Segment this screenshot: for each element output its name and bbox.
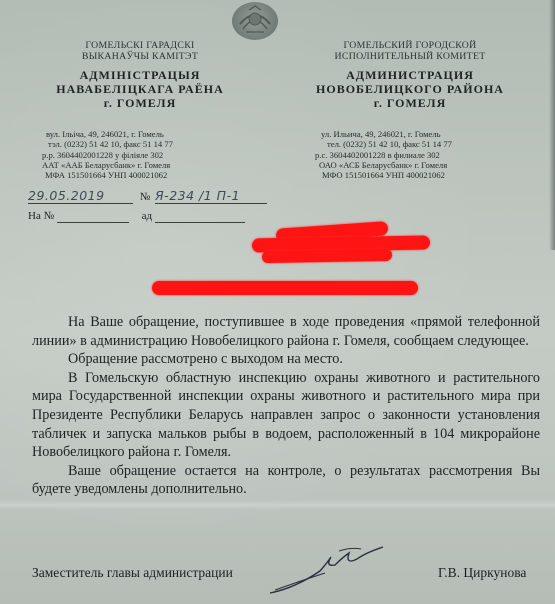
outgoing-date: 29.05.2019 [28, 188, 133, 204]
address-line: вул. Iльiча, 49, 246021, г. Гомель [42, 129, 173, 139]
org-name-line: ГОМЕЛЬСКI ГАРАДСКI [30, 40, 250, 51]
paper-fold [0, 500, 555, 510]
admin-city-line: г. ГОМЕЛЯ [30, 96, 250, 110]
address-block-left: вул. Iльiча, 49, 246021, г. Гомель тэл. … [42, 129, 173, 180]
org-name-line: ГОМЕЛЬСКИЙ ГОРОДСКОЙ [300, 40, 520, 51]
reference-date-field [155, 210, 245, 223]
reference-number-label: На № [28, 210, 54, 222]
body-paragraph: На Ваше обращение, поступившее в ходе пр… [32, 313, 540, 350]
belarus-coat-of-arms-icon [232, 2, 278, 40]
admin-city-line: г. ГОМЕЛЯ [300, 96, 520, 110]
address-line: ОАО «АСБ Беларусбанк» г. Гомеля [315, 160, 452, 170]
reference-from-label: ад [142, 210, 152, 222]
body-paragraph: Обращение рассмотрено с выходом на место… [32, 350, 540, 369]
address-line: МФО 151501664 УНП 400021062 [315, 170, 452, 180]
address-line: МФА 151501664 УНП 400021062 [42, 170, 173, 180]
admin-name-line: АДМIНIСТРАЦЫЯ [30, 68, 250, 82]
org-name-line: ИСПОЛНИТЕЛЬНЫЙ КОМИТЕТ [300, 51, 520, 62]
signatory-name: Г.В. Циркунова [438, 565, 526, 581]
org-name-line: ВЫКАНАЎЧЫ КАМIТЭТ [30, 51, 250, 62]
registration-line: 29.05.2019 № Я-234 /1 П-1 На № ад [28, 188, 267, 223]
header-right-russian: ГОМЕЛЬСКИЙ ГОРОДСКОЙ ИСПОЛНИТЕЛЬНЫЙ КОМИ… [300, 40, 520, 110]
outgoing-number: Я-234 /1 П-1 [155, 188, 267, 204]
letter-page: ГОМЕЛЬСКI ГАРАДСКI ВЫКАНАЎЧЫ КАМIТЭТ АДМ… [0, 0, 555, 604]
redaction-mark [262, 249, 392, 263]
admin-name-line: НАВАБЕЛIЦКАГА РАЁНА [30, 82, 250, 96]
number-sign: № [140, 191, 151, 203]
admin-name-line: АДМИНИСТРАЦИЯ [300, 68, 520, 82]
page-edge-shadow [549, 0, 555, 250]
header-left-belarusian: ГОМЕЛЬСКI ГАРАДСКI ВЫКАНАЎЧЫ КАМIТЭТ АДМ… [30, 40, 250, 110]
admin-name-line: НОВОБЕЛИЦКОГО РАЙОНА [300, 82, 520, 96]
body-paragraph: Ваше обращение остается на контроле, о р… [32, 462, 540, 499]
address-block-right: ул. Ильича, 49, 246021, г. Гомель тел. (… [315, 129, 452, 180]
address-line: ААТ «ААБ Беларусбанк» г. Гомеля [42, 160, 173, 170]
reference-number-field [57, 210, 129, 223]
address-line: ул. Ильича, 49, 246021, г. Гомель [315, 129, 452, 139]
redaction-mark [152, 281, 418, 295]
handwritten-signature-icon [265, 543, 395, 603]
address-line: тэл. (0232) 51 42 10, факс 51 14 77 [42, 139, 173, 149]
signatory-position: Заместитель главы администрации [32, 565, 233, 581]
address-line: р.р. 3604402001228 у фiлiяле 302 [42, 150, 173, 160]
address-line: р.с. 3604402001228 в филиале 302 [315, 150, 452, 160]
address-line: тел. (0232) 51 42 10, факс 51 14 77 [315, 139, 452, 149]
body-paragraph: В Гомельскую областную инспекцию охраны … [32, 369, 540, 462]
letter-body: На Ваше обращение, поступившее в ходе пр… [32, 313, 540, 499]
